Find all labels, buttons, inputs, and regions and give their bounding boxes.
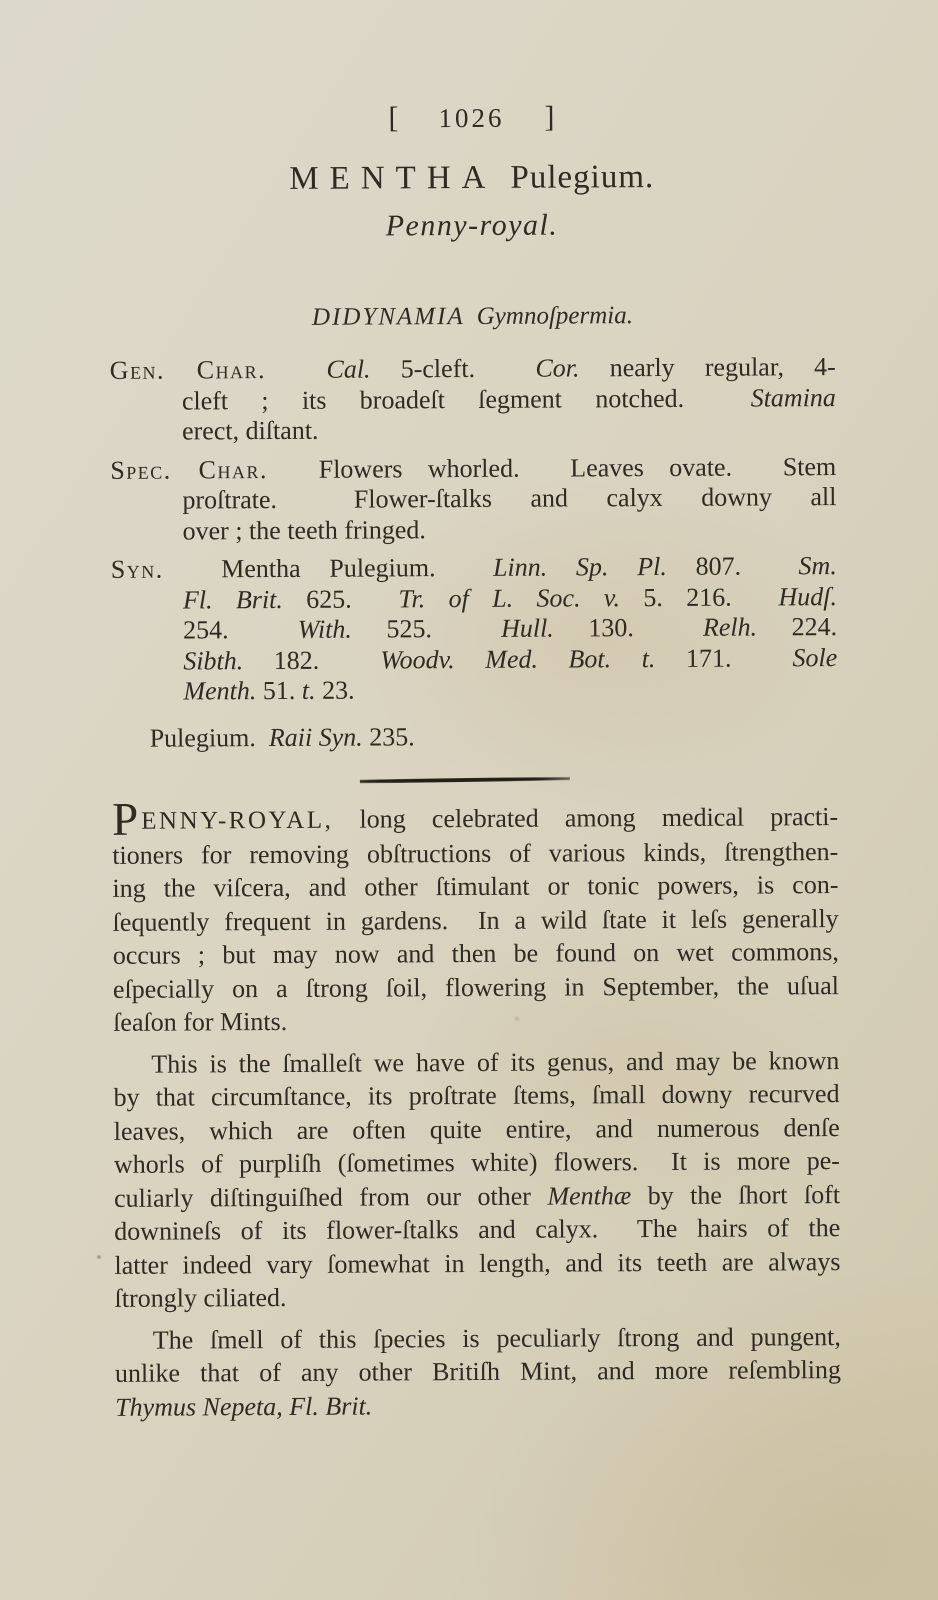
page-number-bracket-open: [	[388, 101, 398, 134]
text-column: [1026] MENTHAPulegium. Penny-royal. DIDY…	[108, 0, 841, 1424]
text-line: This is the ſmalleſt we have of its genu…	[113, 1044, 839, 1081]
genus-name: MENTHA	[289, 160, 496, 197]
text-segment: occurs ; but may now and then be found o…	[113, 937, 839, 970]
text-segment: 23.	[316, 676, 355, 705]
text-segment: The ſmell of this ſpecies is peculiarly …	[153, 1322, 841, 1355]
text-line: Syn. Mentha Pulegium. Linn. Sp. Pl. 807.…	[111, 551, 837, 585]
text-line: Menth. 51. t. 23.	[183, 673, 837, 707]
text-segment: 625.	[283, 584, 399, 614]
text-segment: leaves, which are often quite entire, an…	[114, 1113, 840, 1146]
text-segment-sc: Syn.	[111, 555, 164, 584]
text-segment: culiarly diſtinguiſhed from our other	[114, 1181, 547, 1212]
text-segment: over ; the teeth fringed.	[183, 515, 426, 545]
text-line: over ; the teeth fringed.	[183, 513, 837, 547]
text-segment: unlike that of any other Britiſh Mint, a…	[115, 1355, 841, 1388]
text-segment: eſpecially on a ſtrong ſoil, flowering i…	[113, 971, 839, 1004]
text-segment-it: Raii Syn.	[269, 722, 363, 751]
text-segment-it: Sm.	[798, 551, 836, 580]
text-segment: 130.	[554, 613, 703, 643]
text-segment: erect, diſtant.	[182, 416, 319, 446]
text-segment: 235.	[363, 722, 415, 751]
text-segment-it: Sibth.	[183, 646, 243, 675]
text-line: ſtrongly ciliated.	[115, 1278, 841, 1315]
text-line: whorls of purpliſh (ſometimes white) flo…	[114, 1144, 840, 1181]
page-number-bracket-close: ]	[544, 101, 554, 134]
text-segment-it: Menth.	[183, 676, 256, 705]
text-segment	[266, 355, 327, 384]
text-segment: whorls of purpliſh (ſometimes white) flo…	[114, 1146, 840, 1179]
classification-line: DIDYNAMIAGymnoſpermia.	[109, 300, 835, 334]
text-segment: Mentha Pulegium.	[164, 553, 493, 584]
page-number-value: 1026	[438, 103, 504, 133]
text-segment: tioners for removing obſtructions of var…	[112, 837, 838, 870]
text-segment-it: Sole	[792, 643, 837, 672]
common-name: Penny-royal.	[109, 206, 835, 246]
text-segment: by the ſhort ſoft	[631, 1180, 840, 1210]
text-line: erect, diſtant.	[182, 413, 836, 447]
text-segment: Pulegium.	[150, 723, 269, 753]
section-divider-rule	[360, 777, 570, 784]
species-epithet: Pulegium.	[510, 159, 654, 196]
entry-blocks: Gen. Char. Cal. 5-cleft. Cor. nearly reg…	[110, 352, 838, 754]
text-segment-sc: Gen. Char.	[110, 355, 266, 385]
text-segment: 807.	[667, 551, 799, 581]
spec-char-block: Spec. Char. Flowers whorled. Leaves ovat…	[110, 452, 836, 547]
text-segment-it: Woodv. Med. Bot. t.	[380, 644, 655, 674]
text-line: by that circumſtance, its proſtrate ſtem…	[113, 1077, 839, 1114]
text-segment-sc: Spec. Char.	[110, 455, 268, 485]
text-segment: ſeaſon for Mints.	[113, 1007, 287, 1037]
text-segment-it: Cal.	[326, 355, 370, 384]
text-segment-it: Linn. Sp. Pl.	[493, 552, 667, 582]
text-segment-it: Stamina	[751, 383, 836, 412]
text-segment: by that circumſtance, its proſtrate ſtem…	[113, 1079, 839, 1112]
text-segment: 254.	[183, 615, 298, 645]
text-segment: latter indeed vary ſomewhat in length, a…	[114, 1247, 840, 1280]
text-segment: 5-cleft.	[370, 354, 535, 384]
paragraph-3: The ſmell of this ſpecies is peculiarly …	[115, 1320, 842, 1424]
text-line: cleft ; its broadeſt ſegment notched. St…	[182, 383, 836, 417]
text-segment: This is the ſmalleſt we have of its genu…	[151, 1046, 839, 1079]
page-number: [1026]	[108, 0, 835, 136]
text-segment-it: Thymus Nepeta, Fl. Brit.	[115, 1391, 372, 1421]
text-line: ſeaſon for Mints.	[113, 1002, 839, 1039]
text-segment: 224.	[757, 612, 837, 641]
text-line: 254. With. 525. Hull. 130. Relh. 224.	[183, 612, 837, 646]
text-segment: 525.	[352, 614, 501, 644]
text-segment-lede: ENNY-ROYAL,	[141, 807, 333, 835]
text-line: Fl. Brit. 625. Tr. of L. Soc. v. 5. 216.…	[183, 582, 837, 616]
book-page-scan: [1026] MENTHAPulegium. Penny-royal. DIDY…	[0, 0, 938, 1600]
text-segment: proſtrate. Flower-ſtalks and calyx downy…	[182, 482, 836, 514]
text-segment: 5. 216.	[620, 582, 779, 612]
text-segment-it: t.	[302, 676, 316, 705]
text-segment-it: With.	[298, 615, 352, 644]
text-line: culiarly diſtinguiſhed from our other Me…	[114, 1178, 840, 1215]
text-line: proſtrate. Flower-ſtalks and calyx downy…	[182, 482, 836, 516]
text-line: latter indeed vary ſomewhat in length, a…	[114, 1245, 840, 1282]
text-segment: downineſs of its flower-ſtalks and calyx…	[114, 1213, 840, 1246]
text-line: occurs ; but may now and then be found o…	[113, 935, 839, 972]
text-line: Thymus Nepeta, Fl. Brit.	[115, 1387, 841, 1424]
text-segment: 51.	[256, 676, 302, 705]
text-segment: 171.	[655, 643, 792, 673]
gen-char-block: Gen. Char. Cal. 5-cleft. Cor. nearly reg…	[110, 352, 836, 447]
text-line: Spec. Char. Flowers whorled. Leaves ovat…	[110, 452, 836, 486]
text-segment-it: Hudſ.	[778, 582, 837, 611]
species-heading: MENTHAPulegium.	[109, 156, 835, 200]
linnaean-order: Gymnoſpermia.	[477, 302, 633, 330]
text-segment: 182.	[243, 645, 380, 675]
text-segment-it: Relh.	[703, 612, 757, 641]
text-line: eſpecially on a ſtrong ſoil, flowering i…	[113, 969, 839, 1006]
scan-tilt-wrapper: [1026] MENTHAPulegium. Penny-royal. DIDY…	[0, 0, 938, 1600]
text-line: Gen. Char. Cal. 5-cleft. Cor. nearly reg…	[110, 352, 836, 386]
text-segment-it: Tr. of L. Soc. v.	[398, 583, 620, 613]
text-segment: long celebrated among medical practi-	[333, 802, 838, 834]
text-segment: ſtrongly ciliated.	[115, 1283, 287, 1313]
linnaean-class: DIDYNAMIA	[312, 303, 465, 331]
text-line: unlike that of any other Britiſh Mint, a…	[115, 1353, 841, 1390]
paragraph-2: This is the ſmalleſt we have of its genu…	[113, 1044, 840, 1316]
text-segment-it: Fl. Brit.	[183, 584, 283, 614]
text-segment: cleft ; its broadeſt ſegment notched.	[182, 383, 751, 415]
text-line: downineſs of its flower-ſtalks and calyx…	[114, 1211, 840, 1248]
text-segment: Flowers whorled. Leaves ovate. Stem	[268, 452, 836, 484]
text-line: ſequently frequent in gardens. In a wild…	[113, 902, 839, 939]
text-line: The ſmell of this ſpecies is peculiarly …	[115, 1320, 841, 1357]
text-line: ing the viſcera, and other ſtimulant or …	[112, 868, 838, 905]
text-line: PENNY-ROYAL, long celebrated among medic…	[112, 800, 838, 838]
syn-block: Syn. Mentha Pulegium. Linn. Sp. Pl. 807.…	[111, 551, 838, 707]
text-line: Pulegium. Raii Syn. 235.	[112, 720, 838, 754]
text-line: Sibth. 182. Woodv. Med. Bot. t. 171. Sol…	[183, 643, 837, 677]
text-segment-it: Menthæ	[547, 1181, 631, 1210]
text-segment: nearly regular, 4-	[579, 352, 835, 382]
text-segment-it: Cor.	[535, 353, 579, 382]
body-paragraphs: PENNY-ROYAL, long celebrated among medic…	[112, 800, 841, 1424]
text-line: tioners for removing obſtructions of var…	[112, 835, 838, 872]
text-segment: ing the viſcera, and other ſtimulant or …	[112, 870, 838, 903]
paragraph-1: PENNY-ROYAL, long celebrated among medic…	[112, 800, 839, 1039]
text-segment: ſequently frequent in gardens. In a wild…	[113, 904, 839, 937]
text-segment-it: Hull.	[501, 614, 554, 643]
pulegium-synonym-block: Pulegium. Raii Syn. 235.	[112, 720, 838, 754]
text-line: leaves, which are often quite entire, an…	[114, 1111, 840, 1148]
